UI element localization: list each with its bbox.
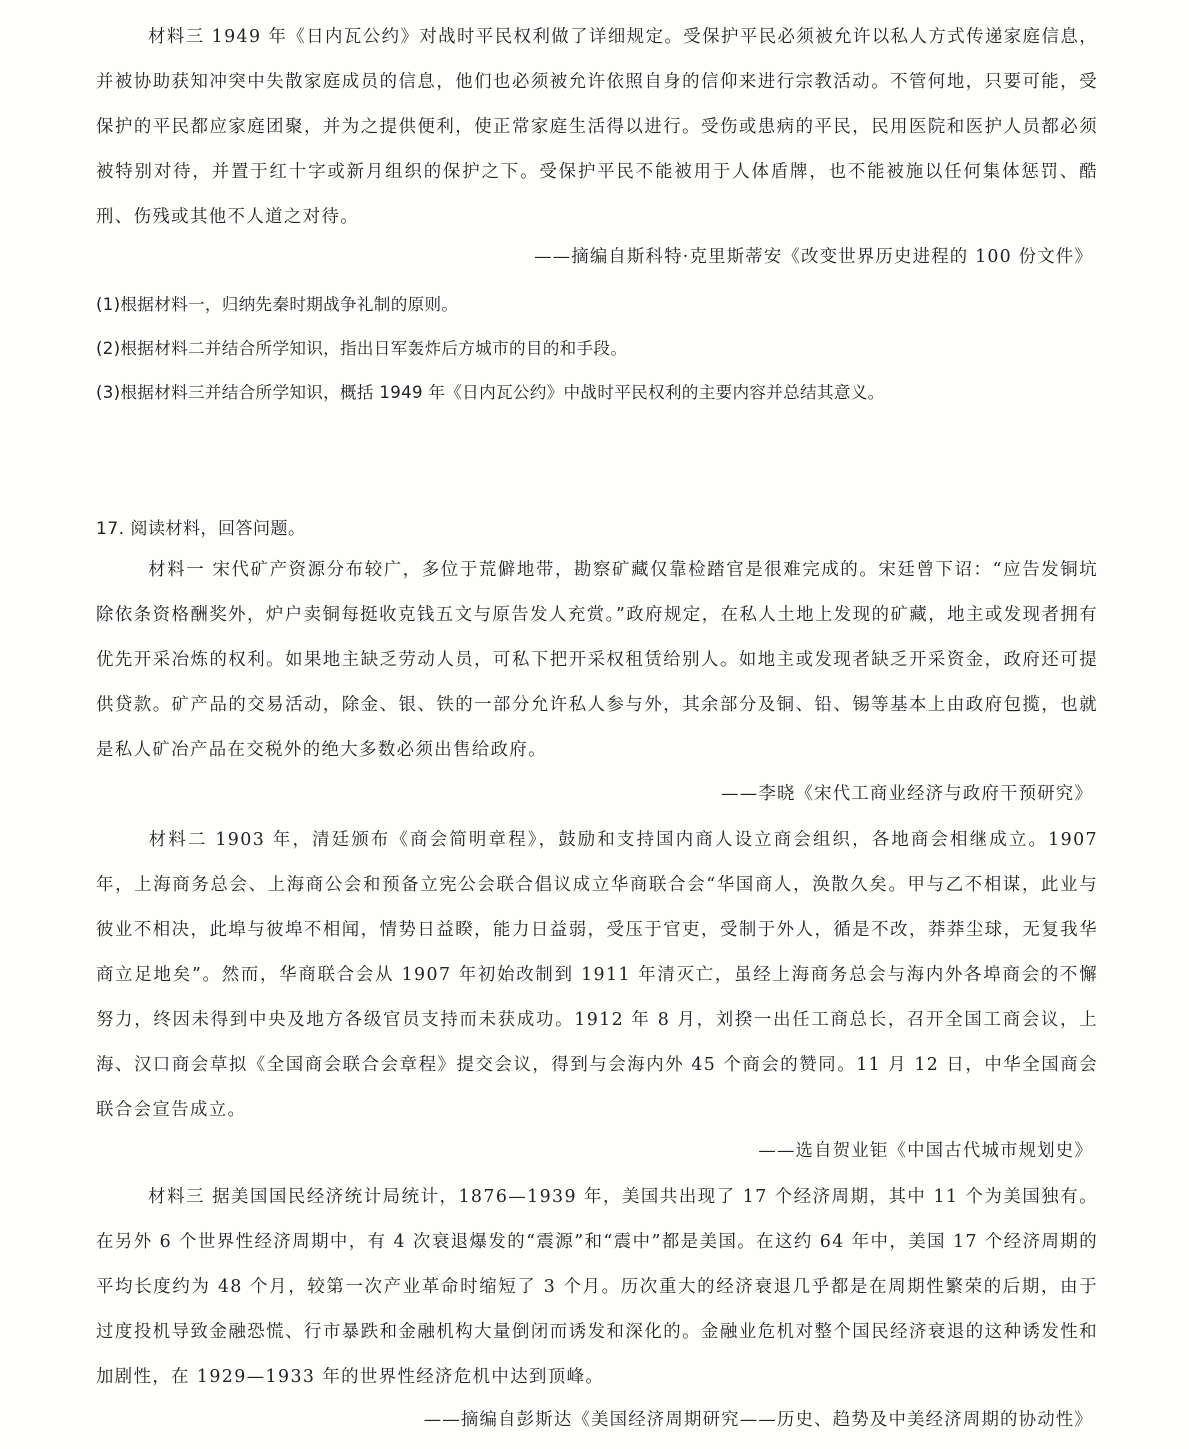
material-label: 材料二 [148,830,208,850]
q16-question-3: (3)根据材料三并结合所学知识，概括 1949 年《日内瓦公约》中战时平民权利的… [96,380,885,406]
q16-question-2: (2)根据材料二并结合所学知识，指出日军轰炸后方城市的目的和手段。 [96,336,627,362]
q17-material3-citation: ——摘编自彭斯达《美国经济周期研究——历史、趋势及中美经济周期的协动性》 [424,1405,1093,1435]
q16-material3-citation: ——摘编自斯科特·克里斯蒂安《改变世界历史进程的 100 份文件》 [534,242,1093,272]
material-label: 材料三 [148,1187,205,1207]
q17-material3-paragraph: 材料三 据美国国民经济统计局统计，1876—1939 年，美国共出现了 17 个… [96,1175,1098,1400]
exam-page: 材料三 1949 年《日内瓦公约》对战时平民权利做了详细规定。受保护平民必须被允… [0,0,1189,1449]
q16-material3-paragraph: 材料三 1949 年《日内瓦公约》对战时平民权利做了详细规定。受保护平民必须被允… [96,15,1098,240]
material-text: 1949 年《日内瓦公约》对战时平民权利做了详细规定。受保护平民必须被允许以私人… [96,27,1098,227]
q17-heading: 17. 阅读材料，回答问题。 [96,515,305,543]
material-text: 据美国国民经济统计局统计，1876—1939 年，美国共出现了 17 个经济周期… [96,1187,1098,1387]
material-text: 1903 年，清廷颁布《商会简明章程》，鼓励和支持国内商人设立商会组织，各地商会… [96,830,1098,1120]
q17-material2-paragraph: 材料二 1903 年，清廷颁布《商会简明章程》，鼓励和支持国内商人设立商会组织，… [96,818,1098,1133]
material-label: 材料三 [148,27,205,47]
material-label: 材料一 [148,560,205,580]
q17-material1-paragraph: 材料一 宋代矿产资源分布较广，多位于荒僻地带，勘察矿藏仅靠检踏官是很难完成的。宋… [96,548,1098,773]
q17-material2-citation: ——选自贺业钜《中国古代城市规划史》 [758,1136,1093,1166]
q16-question-1: (1)根据材料一，归纳先秦时期战争礼制的原则。 [96,292,458,318]
material-text: 宋代矿产资源分布较广，多位于荒僻地带，勘察矿藏仅靠检踏官是很难完成的。宋廷曾下诏… [96,560,1098,760]
q17-material1-citation: ——李晓《宋代工商业经济与政府干预研究》 [721,779,1093,809]
